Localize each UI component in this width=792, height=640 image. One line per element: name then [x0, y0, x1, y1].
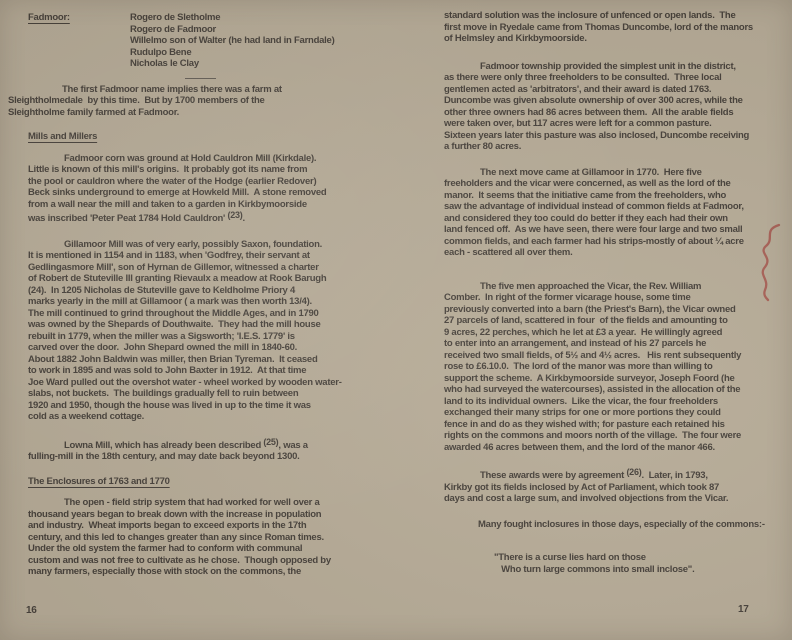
tenant-name: Willelmo son of Walter (he had land in F… [130, 35, 335, 47]
heading-mills-and-millers: Mills and Millers [28, 131, 358, 143]
paragraph-open-field: The open - field strip system that had w… [28, 497, 358, 578]
paragraph-fadmoor-township: Fadmoor township provided the simplest u… [444, 61, 778, 153]
clay-underline-mark [185, 78, 216, 79]
page-number-16: 16 [26, 605, 37, 617]
paragraph-awards: These awards were by agreement (26). Lat… [444, 467, 778, 505]
footnote-ref-26: (26) [626, 467, 641, 477]
paragraph-hold-cauldron: Fadmoor corn was ground at Hold Cauldron… [28, 153, 358, 225]
quote-curse-verse: "There is a curse lies hard on those Who… [494, 552, 778, 575]
paragraph-next-move: The next move came at Gillamoor in 1770.… [444, 167, 778, 259]
paragraph-body: Lowna Mill, which has already been descr… [64, 440, 263, 451]
fadmoor-tenant-list: Rogero de Sletholme Rogero de Fadmoor Wi… [130, 12, 335, 70]
paragraph-standard-solution: standard solution was the inclosure of u… [444, 10, 778, 45]
paragraph-gillamoor-mill: Gillamoor Mill was of very early, possib… [28, 239, 358, 423]
fadmoor-tenant-section: Fadmoor: Rogero de Sletholme Rogero de F… [8, 12, 358, 70]
paragraph-body: Fadmoor corn was ground at Hold Cauldron… [28, 153, 326, 225]
footnote-ref-25: (25) [263, 437, 278, 447]
heading-enclosures: The Enclosures of 1763 and 1770 [28, 476, 358, 488]
left-page: Fadmoor: Rogero de Sletholme Rogero de F… [8, 12, 358, 578]
fadmoor-label: Fadmoor: [28, 12, 130, 70]
page-number-17: 17 [738, 604, 749, 616]
tenant-name: Nicholas le Clay [130, 58, 335, 70]
paragraph-first-fadmoor: The first Fadmoor name implies there was… [8, 84, 358, 119]
paragraph-body: These awards were by agreement [480, 470, 626, 481]
tenant-name: Rudulpo Bene [130, 47, 335, 59]
right-page: standard solution was the inclosure of u… [444, 10, 778, 575]
tenant-name: Rogero de Fadmoor [130, 24, 335, 36]
tenant-name: Rogero de Sletholme [130, 12, 335, 24]
paragraph-five-men: The five men approached the Vicar, the R… [444, 281, 778, 454]
footnote-ref-23: (23) [227, 210, 242, 220]
book-page-spread: Fadmoor: Rogero de Sletholme Rogero de F… [0, 0, 792, 640]
paragraph-lowna-mill: Lowna Mill, which has already been descr… [28, 437, 358, 463]
paragraph-tail: . [242, 213, 244, 224]
red-squiggle-annotation [755, 220, 787, 304]
paragraph-many-fought: Many fought inclosures in those days, es… [444, 519, 778, 531]
